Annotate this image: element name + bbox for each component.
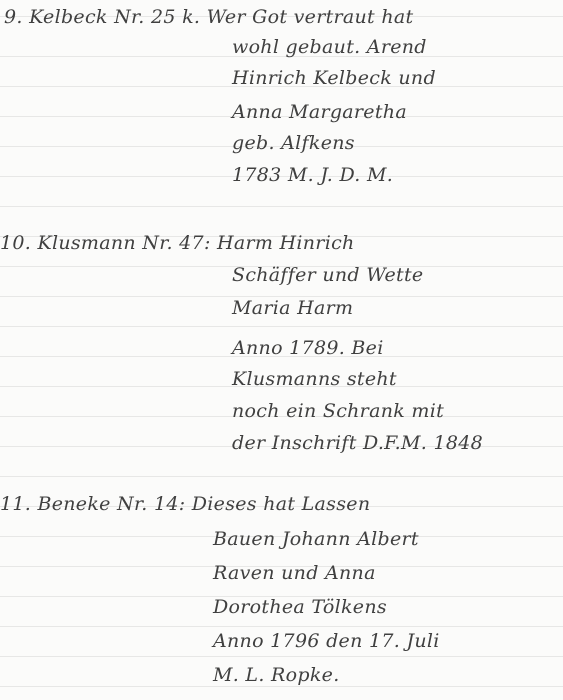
entry-11-line-3: Raven und Anna: [213, 562, 376, 584]
lined-paper-page: 9. Kelbeck Nr. 25 k. Wer Got vertraut ha…: [0, 0, 563, 700]
entry-11-line-1: 11. Beneke Nr. 14: Dieses hat Lassen: [0, 493, 370, 515]
entry-10-line-5: Klusmanns steht: [232, 368, 397, 390]
entry-10-line-3: Maria Harm: [232, 297, 353, 319]
entry-10-line-2: Schäffer und Wette: [232, 264, 423, 286]
entry-9-line-6: 1783 M. J. D. M.: [232, 164, 393, 186]
entry-9-line-2: wohl gebaut. Arend: [232, 36, 427, 58]
entry-11-line-5: Anno 1796 den 17. Juli: [213, 630, 440, 652]
entry-9-line-3: Hinrich Kelbeck und: [232, 67, 436, 89]
entry-9-line-4: Anna Margaretha: [232, 101, 407, 123]
entry-10-line-7: der Inschrift D.F.M. 1848: [232, 432, 483, 454]
entry-10-line-6: noch ein Schrank mit: [232, 400, 444, 422]
entry-11-line-4: Dorothea Tölkens: [213, 596, 387, 618]
entry-9-line-1: 9. Kelbeck Nr. 25 k. Wer Got vertraut ha…: [4, 6, 413, 28]
entry-10-line-4: Anno 1789. Bei: [232, 337, 384, 359]
entry-11-line-6: M. L. Ropke.: [213, 664, 340, 686]
entry-9-line-5: geb. Alfkens: [232, 132, 355, 154]
entry-10-line-1: 10. Klusmann Nr. 47: Harm Hinrich: [0, 232, 355, 254]
entry-11-line-2: Bauen Johann Albert: [213, 528, 419, 550]
